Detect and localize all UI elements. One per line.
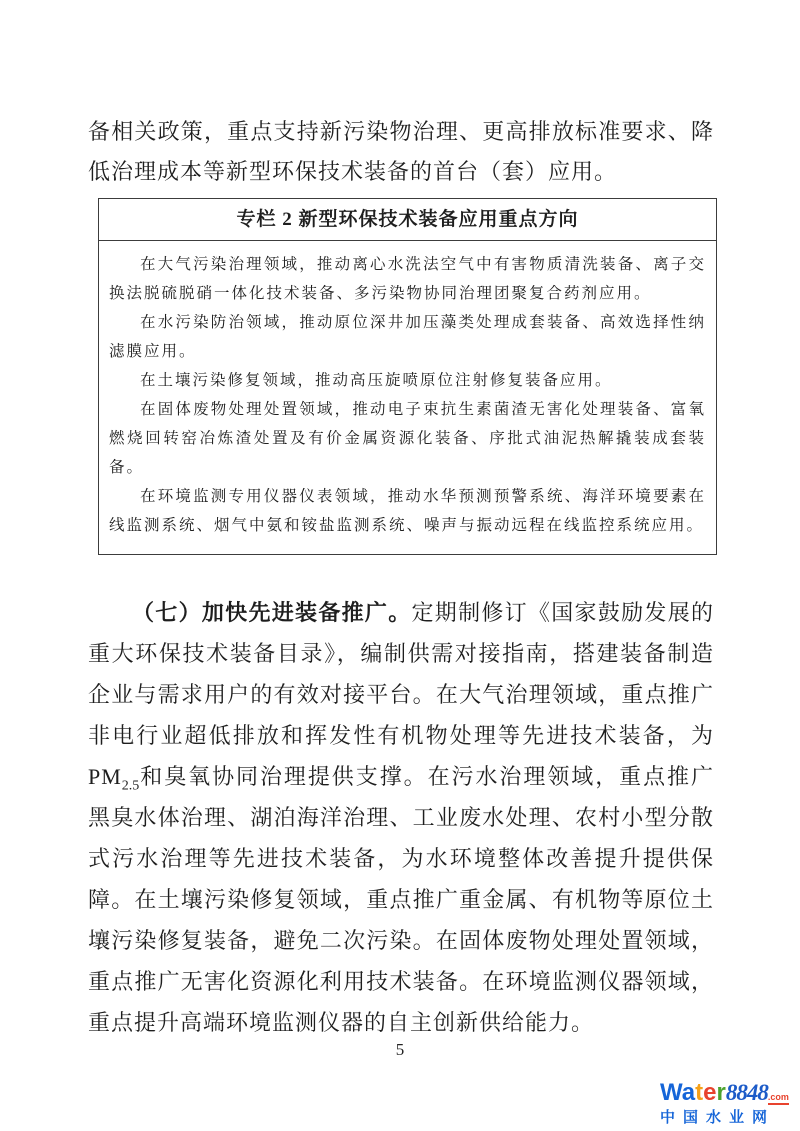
watermark-logo: Water8848.com 中国水业网 [660,1081,792,1125]
special-column-box: 专栏 2 新型环保技术装备应用重点方向 在大气污染治理领域，推动离心水洗法空气中… [98,198,717,555]
box-paragraph-solid-waste: 在固体废物处理处置领域，推动电子束抗生素菌渣无害化处理装备、富氧燃烧回转窑冶炼渣… [109,395,706,482]
watermark-brand: Water8848.com [660,1081,792,1105]
brand-letter-r: r [716,1079,725,1106]
document-page: 备相关政策，重点支持新污染物治理、更高排放标准要求、降低治理成本等新型环保技术装… [0,0,800,1131]
box-paragraph-water: 在水污染防治领域，推动原位深井加压藻类处理成套装备、高效选择性纳滤膜应用。 [109,308,706,366]
box-paragraph-soil: 在土壤污染修复领域，推动高压旋喷原位注射修复装备应用。 [109,366,706,395]
page-content: 备相关政策，重点支持新污染物治理、更高排放标准要求、降低治理成本等新型环保技术装… [88,112,714,1043]
brand-letter-t: t [695,1079,703,1106]
watermark-subtitle: 中国水业网 [660,1110,792,1125]
section-seven-paragraph: （七）加快先进装备推广。定期制修订《国家鼓励发展的重大环保技术装备目录》，编制供… [88,592,714,1043]
brand-letter-a: a [682,1079,695,1106]
box-paragraph-monitoring: 在环境监测专用仪器仪表领域，推动水华预测预警系统、海洋环境要素在线监测系统、烟气… [109,482,706,540]
brand-letter-w: W [660,1079,682,1106]
page-number: 5 [0,1040,800,1060]
box-paragraph-air: 在大气污染治理领域，推动离心水洗法空气中有害物质清洗装备、离子交换法脱硫脱硝一体… [109,250,706,308]
box-body: 在大气污染治理领域，推动离心水洗法空气中有害物质清洗装备、离子交换法脱硫脱硝一体… [99,241,716,554]
section-seven-text-2: 和臭氧协同治理提供支撑。在污水治理领域，重点推广黑臭水体治理、湖泊海洋治理、工业… [88,764,714,1035]
intro-paragraph: 备相关政策，重点支持新污染物治理、更高排放标准要求、降低治理成本等新型环保技术装… [88,112,714,192]
brand-domain-suffix: .com [768,1092,789,1105]
section-seven-heading: （七）加快先进装备推广。 [132,600,412,625]
section-seven-text-1: 定期制修订《国家鼓励发展的重大环保技术装备目录》，编制供需对接指南，搭建装备制造… [88,600,714,789]
brand-number: 8848 [726,1080,768,1105]
pm25-subscript: 2.5 [122,778,140,793]
brand-letter-e: e [703,1079,716,1106]
box-title: 专栏 2 新型环保技术装备应用重点方向 [99,199,716,241]
